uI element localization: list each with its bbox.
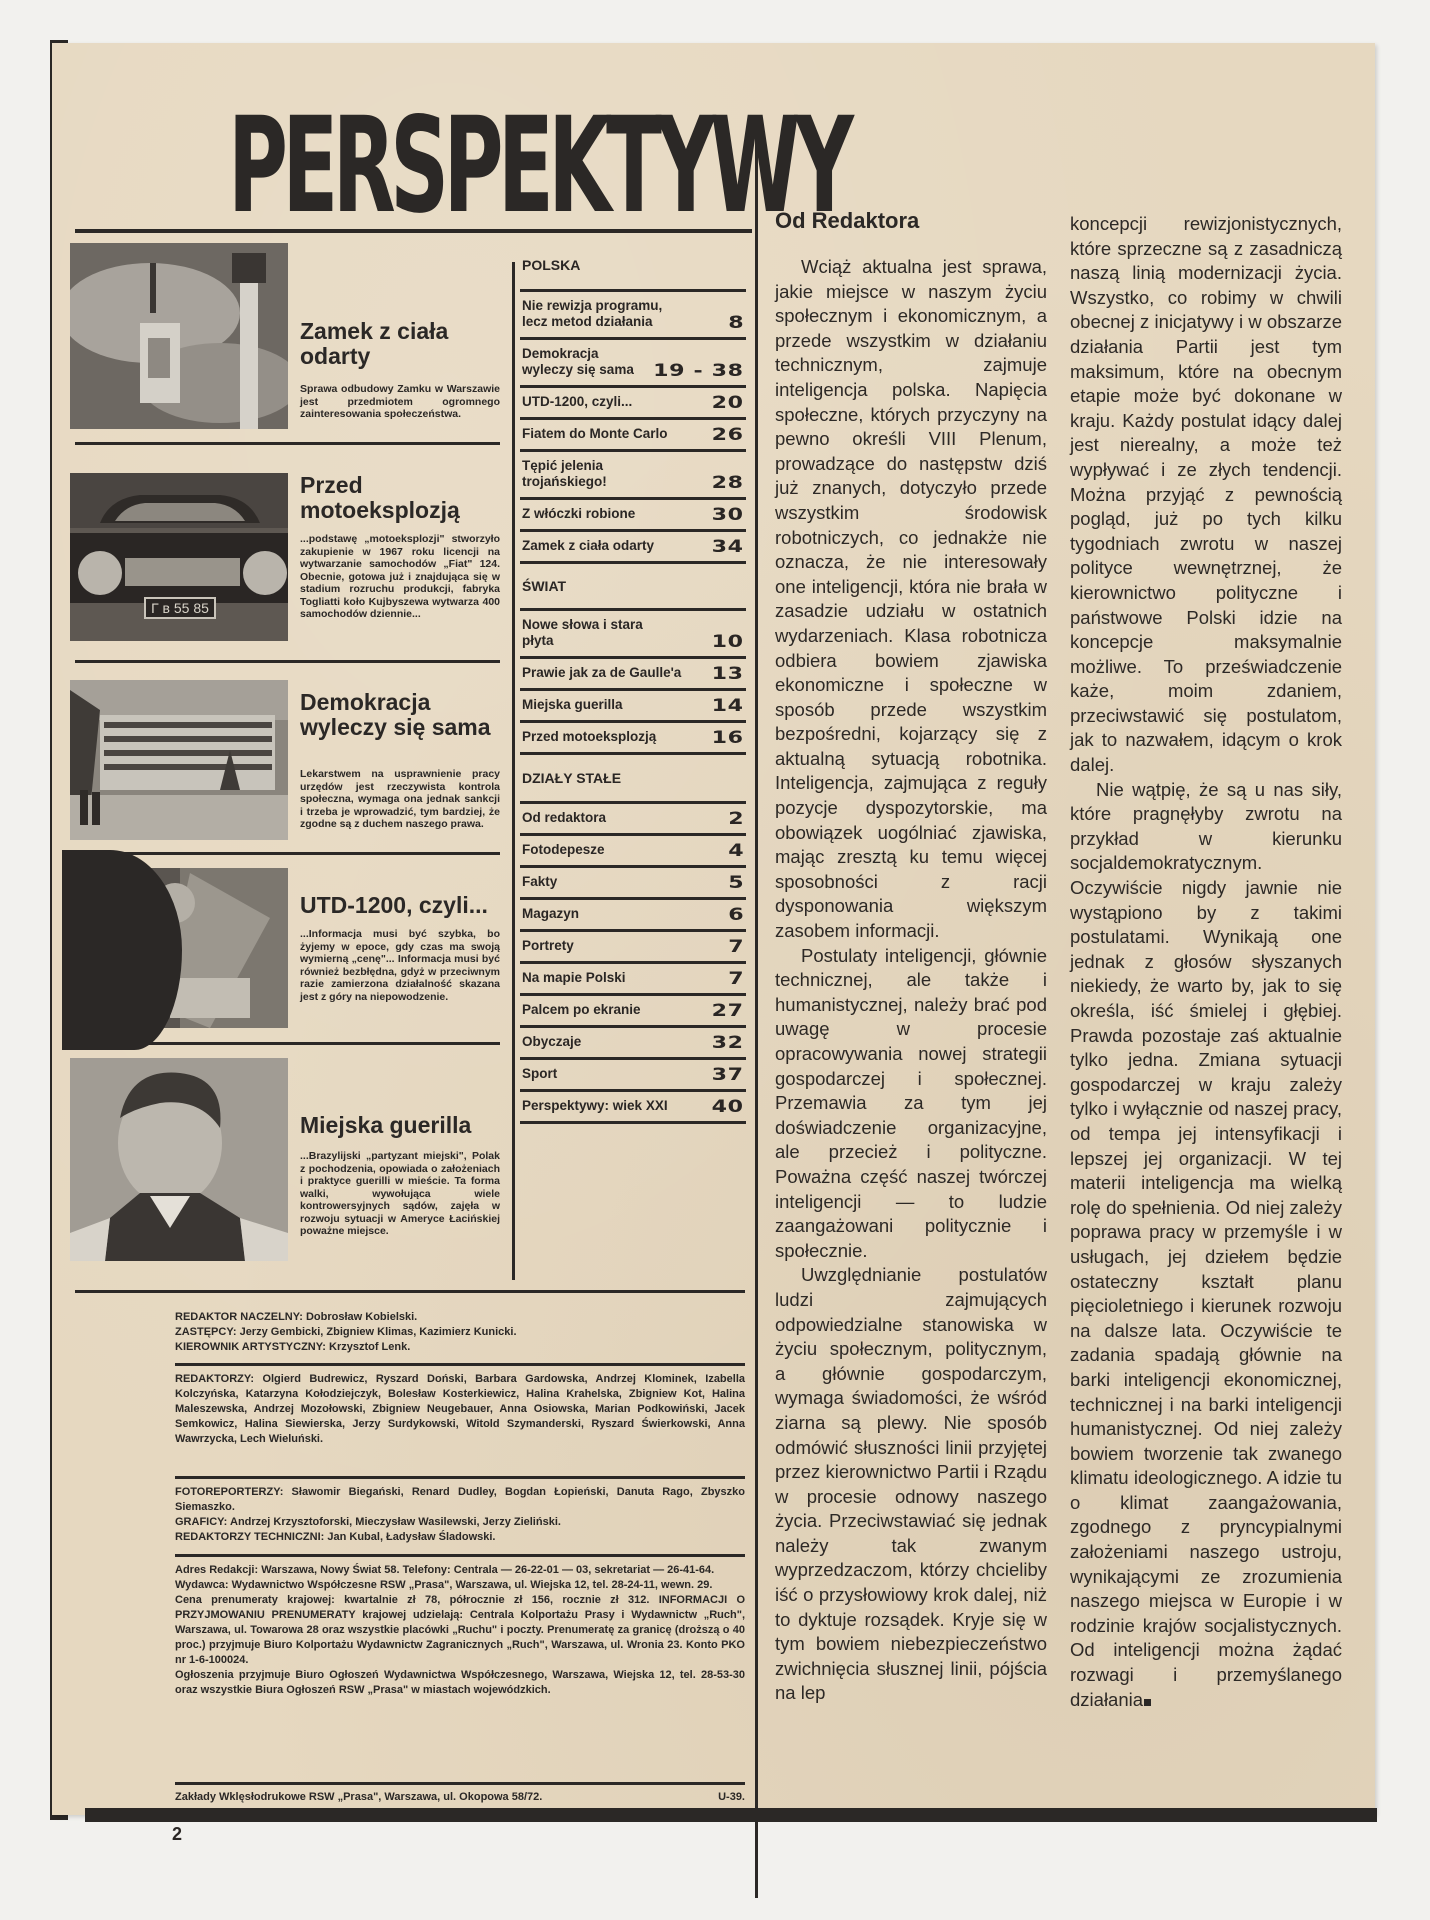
imprint-rule bbox=[175, 1782, 745, 1785]
toc-page: 13 bbox=[712, 666, 744, 682]
toc-item[interactable]: Na mapie Polski7 bbox=[520, 961, 746, 993]
toc-item[interactable]: Fakty5 bbox=[520, 865, 746, 897]
toc-page: 4 bbox=[728, 843, 744, 859]
toc-item[interactable]: Tępić jelenia trojańskiego!28 bbox=[520, 449, 746, 497]
toc-item[interactable]: Sport37 bbox=[520, 1057, 746, 1089]
license-plate: Г в 55 85 bbox=[151, 600, 209, 616]
castle-tower-photo bbox=[70, 243, 288, 429]
editorial-paragraph: koncepcji rewizjonistycznych, które sprz… bbox=[1070, 212, 1342, 778]
toc-page: 10 bbox=[712, 634, 744, 650]
toc-item[interactable]: Portrety7 bbox=[520, 929, 746, 961]
feature-title: Miejska guerilla bbox=[300, 1113, 510, 1138]
feature-divider bbox=[75, 1042, 500, 1045]
toc-item[interactable]: Demokracja wyleczy się sama19 - 38 bbox=[520, 337, 746, 385]
feature-lead: Lekarstwem na usprawnienie pracy urzędów… bbox=[300, 768, 500, 831]
car-front-photo: Г в 55 85 bbox=[70, 473, 288, 641]
toc-item[interactable]: Od redaktora2 bbox=[520, 801, 746, 833]
feature-title: Demokracja wyleczy się sama bbox=[300, 690, 505, 740]
feature-divider bbox=[75, 660, 500, 663]
feature-title: Zamek z ciała odarty bbox=[300, 319, 500, 369]
table-of-contents: POLSKA Nie rewizja programu, lecz metod … bbox=[520, 255, 746, 1124]
toc-item[interactable]: Fiatem do Monte Carlo26 bbox=[520, 417, 746, 449]
imprint-rule bbox=[175, 1476, 745, 1479]
toc-page: 27 bbox=[712, 1003, 744, 1019]
end-mark-icon bbox=[1144, 1699, 1151, 1706]
staff-block-photo-graphics: FOTOREPORTERZY: Sławomir Biegański, Rena… bbox=[175, 1485, 745, 1545]
toc-page: 14 bbox=[712, 698, 744, 714]
staff-block-redaktorzy: REDAKTORZY: Olgierd Budrewicz, Ryszard D… bbox=[175, 1372, 745, 1447]
feature-lead: ...Brazylijski „partyzant miejski", Pola… bbox=[300, 1150, 500, 1238]
toc-page: 37 bbox=[712, 1067, 744, 1083]
title-rule bbox=[75, 229, 752, 233]
page-number: 2 bbox=[172, 1824, 182, 1845]
toc-page: 2 bbox=[728, 811, 744, 827]
toc-item[interactable]: Perspektywy: wiek XXI40 bbox=[520, 1089, 746, 1121]
toc-page: 7 bbox=[728, 939, 744, 955]
publisher-info: Adres Redakcji: Warszawa, Nowy Świat 58.… bbox=[175, 1563, 745, 1698]
toc-item[interactable]: Nie rewizja programu, lecz metod działan… bbox=[520, 289, 746, 337]
toc-page: 5 bbox=[728, 875, 744, 891]
editorial-paragraph: Wciąż aktualna jest sprawa, jakie miejsc… bbox=[775, 255, 1047, 944]
feature-lead: Sprawa odbudowy Zamku w Warszawie jest p… bbox=[300, 383, 500, 421]
toc-item[interactable]: Fotodepesze4 bbox=[520, 833, 746, 865]
toc-item[interactable]: Zamek z ciała odarty34 bbox=[520, 529, 746, 561]
office-building-photo bbox=[70, 680, 288, 840]
toc-page: 28 bbox=[712, 475, 744, 491]
toc-item[interactable]: Z włóczki robione30 bbox=[520, 497, 746, 529]
editorial-heading: Od Redaktora bbox=[775, 208, 919, 234]
editorial-paragraph: Uwzględnianie postulatów ludzi zajmujący… bbox=[775, 1263, 1047, 1706]
feature-motoeksplozja[interactable]: Г в 55 85 Przed motoeksplozją ...podstaw… bbox=[70, 473, 500, 643]
toc-section-heading: DZIAŁY STAŁE bbox=[520, 755, 746, 801]
print-code: U-39. bbox=[718, 1790, 745, 1805]
editorial-paragraph: Nie wątpię, że są u nas siły, które prag… bbox=[1070, 778, 1342, 1713]
feature-divider bbox=[75, 442, 500, 445]
toc-item[interactable]: Prawie jak za de Gaulle'a13 bbox=[520, 656, 746, 688]
printer-line: Zakłady Wklęsłodrukowe RSW „Prasa", Wars… bbox=[175, 1790, 745, 1805]
toc-page: 20 bbox=[712, 395, 744, 411]
feature-zamek[interactable]: Zamek z ciała odarty Sprawa odbudowy Zam… bbox=[70, 243, 500, 433]
toc-item[interactable]: Magazyn6 bbox=[520, 897, 746, 929]
column-divider-toc bbox=[512, 262, 515, 1280]
feature-divider bbox=[75, 852, 500, 855]
toc-item[interactable]: Nowe słowa i stara płyta10 bbox=[520, 608, 746, 656]
toc-page: 32 bbox=[712, 1035, 744, 1051]
toc-section-heading: ŚWIAT bbox=[520, 564, 746, 608]
imprint-rule bbox=[175, 1554, 745, 1557]
toc-section-heading: POLSKA bbox=[520, 255, 746, 289]
editorial-column-1: Wciąż aktualna jest sprawa, jakie miejsc… bbox=[775, 255, 1047, 1706]
feature-demokracja[interactable]: Demokracja wyleczy się sama Lekarstwem n… bbox=[70, 680, 500, 845]
toc-item[interactable]: Palcem po ekranie27 bbox=[520, 993, 746, 1025]
toc-page: 16 bbox=[712, 730, 744, 746]
feature-title: UTD-1200, czyli... bbox=[300, 893, 510, 918]
toc-page: 7 bbox=[728, 971, 744, 987]
staff-block-editors: REDAKTOR NACZELNY: Dobrosław Kobielski. … bbox=[175, 1310, 745, 1355]
feature-lead: ...Informacja musi być szybka, bo żyjemy… bbox=[300, 928, 500, 1003]
feature-lead: ...podstawę „motoeksplozji" stworzyło za… bbox=[300, 533, 500, 621]
toc-page: 30 bbox=[712, 507, 744, 523]
editorial-paragraph: Postulaty inteligencji, głównie technicz… bbox=[775, 944, 1047, 1264]
toc-item[interactable]: UTD-1200, czyli...20 bbox=[520, 385, 746, 417]
toc-page: 6 bbox=[728, 907, 744, 923]
toc-page: 19 - 38 bbox=[653, 363, 744, 379]
toc-item[interactable]: Przed motoeksplozją16 bbox=[520, 720, 746, 752]
editorial-column-2: koncepcji rewizjonistycznych, które sprz… bbox=[1070, 212, 1342, 1712]
imprint-rule bbox=[175, 1363, 745, 1366]
toc-divider bbox=[520, 1121, 746, 1124]
column-divider-right bbox=[755, 118, 758, 1898]
magazine-title: PERSPEKTYWY bbox=[228, 104, 755, 228]
imprint-top-rule bbox=[75, 1290, 745, 1293]
feature-guerilla[interactable]: Miejska guerilla ...Brazylijski „partyza… bbox=[70, 1058, 500, 1263]
man-portrait-photo bbox=[70, 1058, 288, 1261]
toc-page: 8 bbox=[728, 315, 744, 331]
toc-item[interactable]: Miejska guerilla14 bbox=[520, 688, 746, 720]
toc-page: 34 bbox=[712, 539, 744, 555]
bottom-edge-band bbox=[85, 1808, 1377, 1822]
toc-page: 26 bbox=[712, 427, 744, 443]
feature-title: Przed motoeksplozją bbox=[300, 473, 500, 523]
toc-item[interactable]: Obyczaje32 bbox=[520, 1025, 746, 1057]
toc-page: 40 bbox=[712, 1099, 744, 1115]
